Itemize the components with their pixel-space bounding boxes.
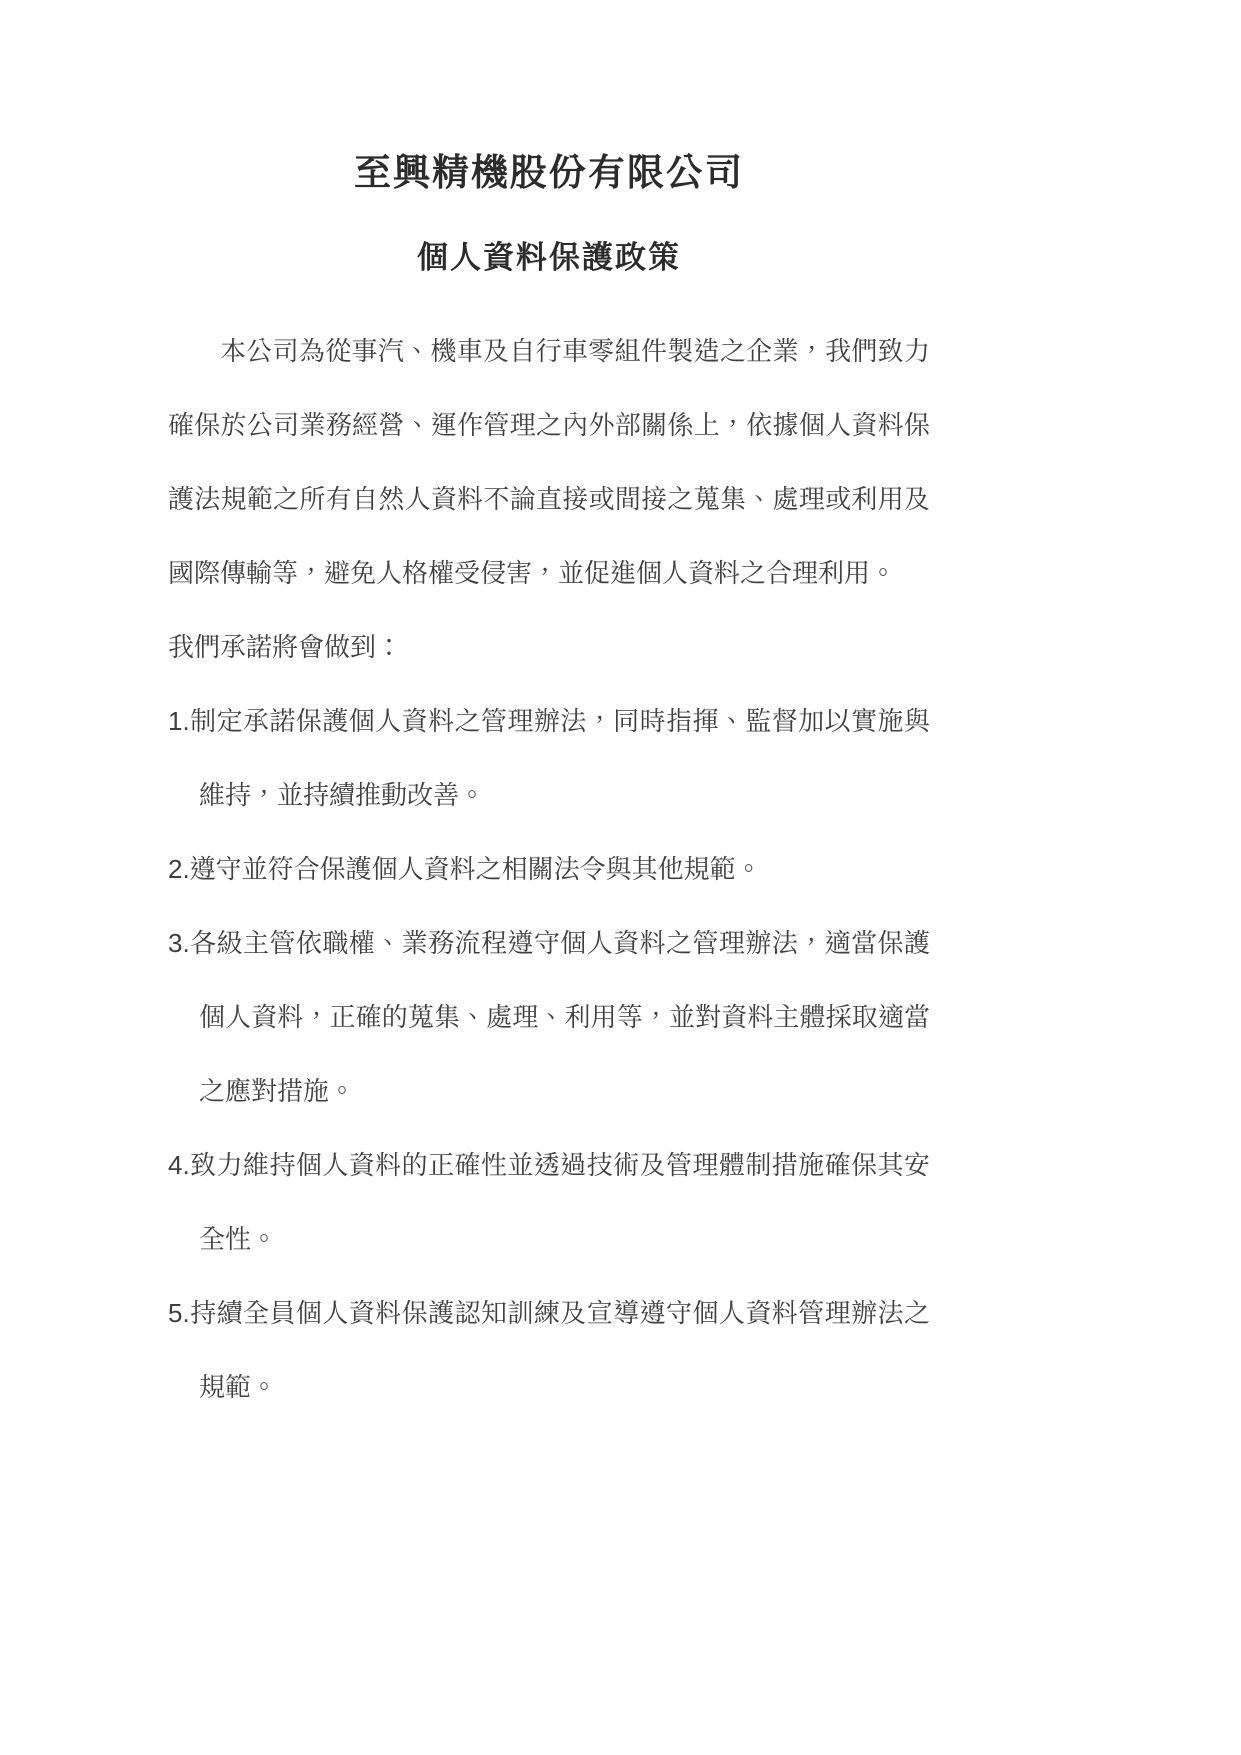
policy-item-3: 3.各級主管依職權、業務流程遵守個人資料之管理辦法，適當保護個人資料，正確的蒐集… — [168, 906, 930, 1128]
intro-paragraph: 本公司為從事汽、機車及自行車零組件製造之企業，我們致力確保於公司業務經營、運作管… — [168, 314, 930, 610]
document-content: 至興精機股份有限公司 個人資料保護政策 本公司為從事汽、機車及自行車零組件製造之… — [168, 150, 930, 1424]
policy-item-2: 2.遵守並符合保護個人資料之相關法令與其他規範。 — [168, 832, 930, 906]
policy-item-5: 5.持續全員個人資料保護認知訓練及宣導遵守個人資料管理辦法之規範。 — [168, 1276, 930, 1424]
promise-lead-line: 我們承諾將會做到： — [168, 610, 930, 684]
document-page: 至興精機股份有限公司 個人資料保護政策 本公司為從事汽、機車及自行車零組件製造之… — [0, 0, 1241, 1755]
company-title: 至興精機股份有限公司 — [168, 150, 930, 196]
policy-body: 本公司為從事汽、機車及自行車零組件製造之企業，我們致力確保於公司業務經營、運作管… — [168, 314, 930, 1424]
policy-item-1: 1.制定承諾保護個人資料之管理辦法，同時指揮、監督加以實施與維持，並持續推動改善… — [168, 684, 930, 832]
policy-title: 個人資料保護政策 — [168, 238, 930, 278]
policy-item-4: 4.致力維持個人資料的正確性並透過技術及管理體制措施確保其安全性。 — [168, 1128, 930, 1276]
